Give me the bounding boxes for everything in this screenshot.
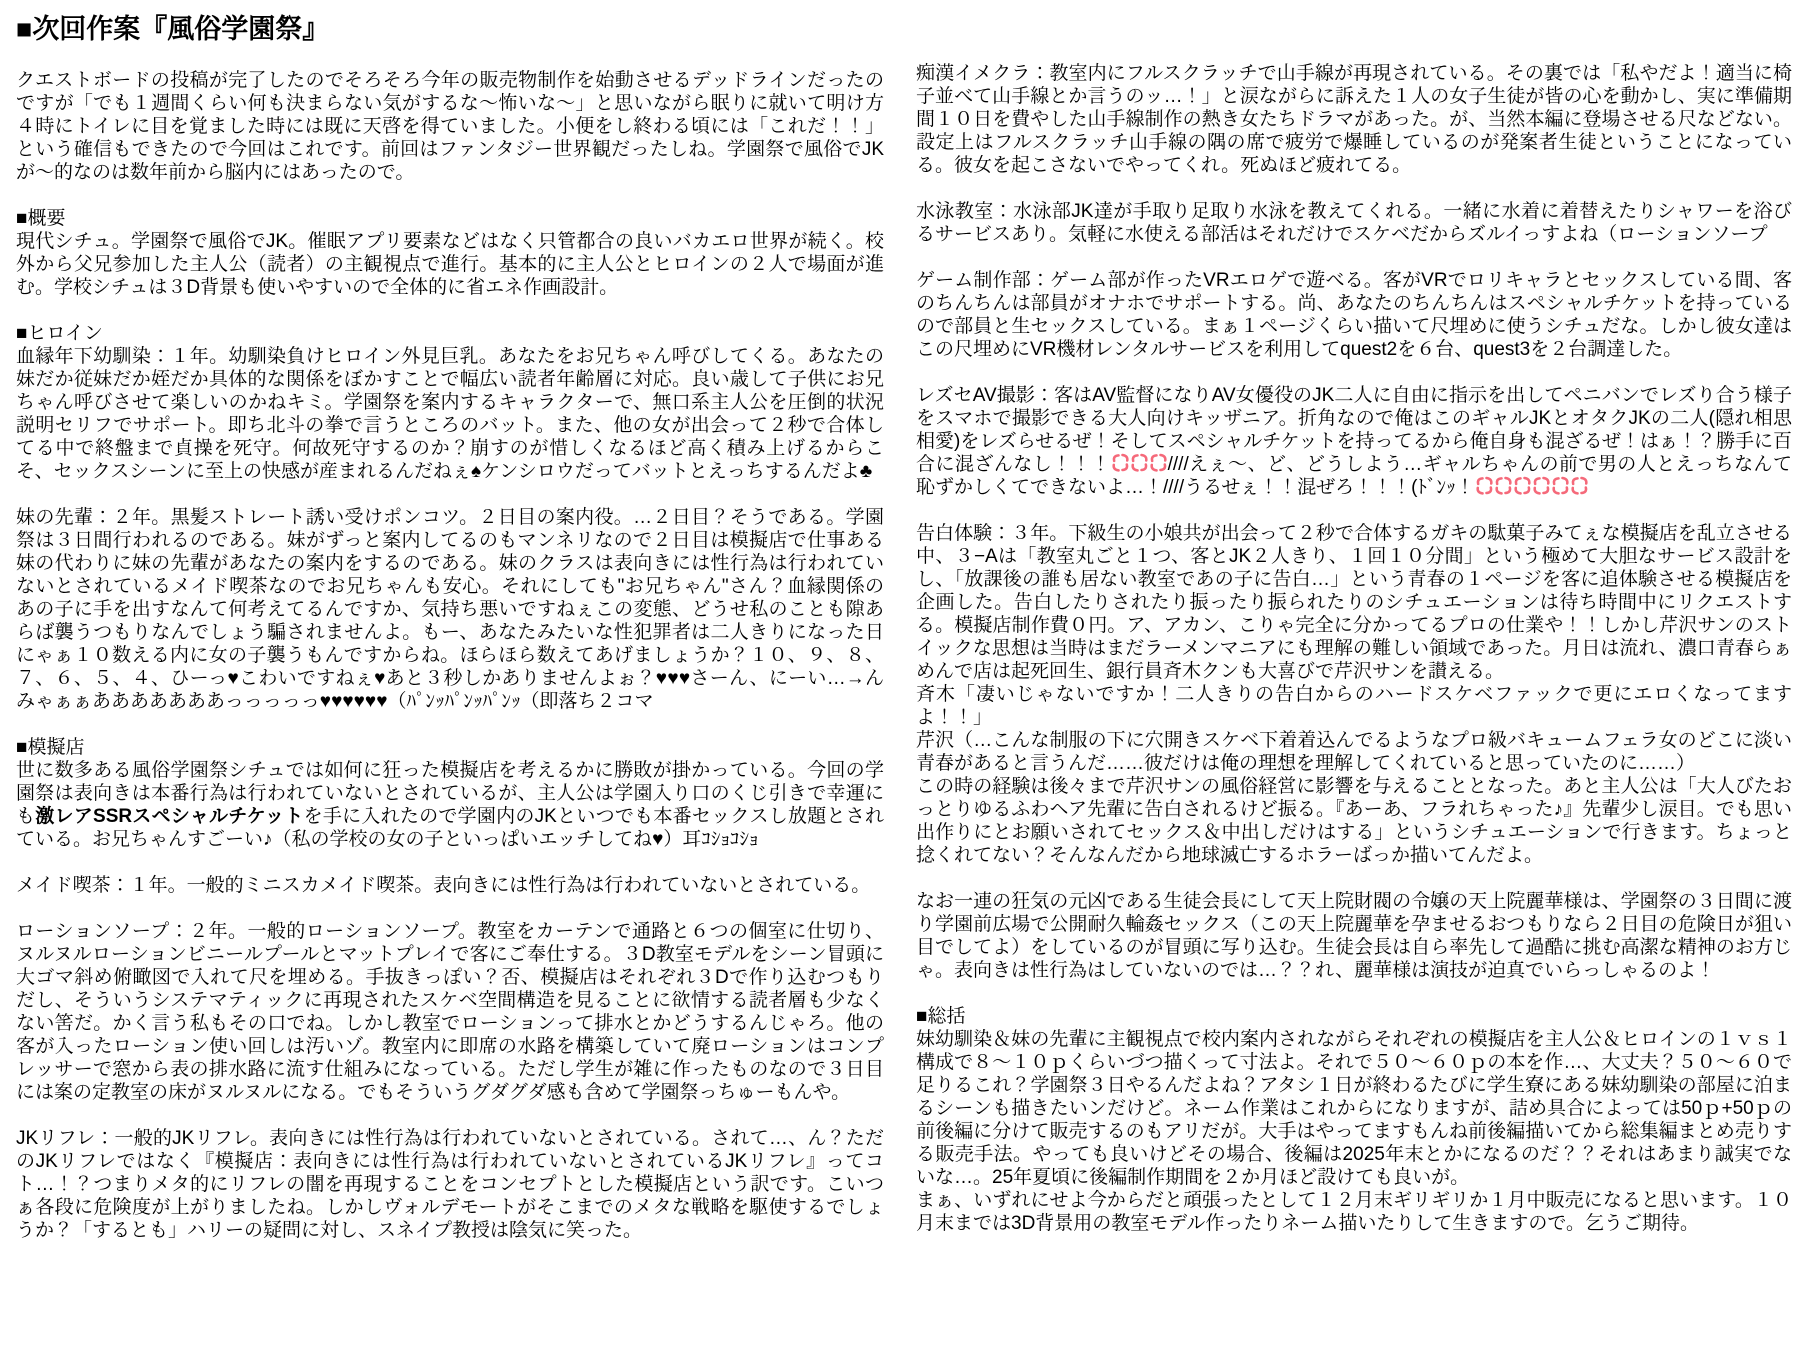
paragraph: ゲーム制作部：ゲーム部が作ったVRエロゲで遊べる。客がVRでロリキャラとセックス… [916,269,1792,361]
text-run: なお一連の狂気の元凶である生徒会長にして天上院財閥の令嬢の天上院麗華様は、学園祭… [916,891,1792,981]
text-run: 血縁年下幼馴染：１年。幼馴染負けヒロイン外見巨乳。あなたをお兄ちゃん呼びしてくる… [16,346,884,482]
text-run: ■総括 [916,1006,965,1027]
anger-mark-icon [1475,476,1494,495]
paragraph: なお一連の狂気の元凶である生徒会長にして天上院財閥の令嬢の天上院麗華様は、学園祭… [916,890,1792,982]
paragraph: 水泳教室：水泳部JK達が手取り足取り水泳を教えてくれる。一緒に水着に着替えたりシ… [916,200,1792,246]
anger-mark-icon [1130,453,1149,472]
text-run: ■ヒロイン [16,323,103,344]
paragraph: 告白体験：３年。下級生の小娘共が出会って２秒で合体するガキの駄菓子みてぇな模擬店… [916,522,1792,867]
text-run: メイド喫茶：１年。一般的ミニスカメイド喫茶。表向きには性行為は行われていないとさ… [16,875,870,896]
section-heading: ■ヒロイン [16,322,884,345]
paragraph: レズセAV撮影：客はAV監督になりAV女優役のJK二人に自由に指示を出してペニバ… [916,384,1792,499]
text-run: 妹幼馴染＆妹の先輩に主観視点で校内案内されながらそれぞれの模擬店を主人公＆ヒロイ… [916,1029,1792,1234]
anger-mark-icon [1532,476,1551,495]
text-run: ■概要 [16,208,65,229]
text-run: ■次回作案『風俗学園祭』 [16,14,329,44]
anger-mark-icon [1149,453,1168,472]
text-run: ■模擬店 [16,737,84,758]
text-run: ローションソープ：２年。一般的ローションソープ。教室をカーテンで通路と６つの個室… [16,921,884,1103]
text-run: JKリフレ：一般的JKリフレ。表向きには性行為は行われていないとされている。され… [16,1128,884,1241]
document: { "page": { "background": "#ffffff", "te… [0,0,1800,1350]
text-run: 妹の先輩：２年。黒髪ストレート誘い受けポンコツ。２日目の案内役。…２日目？そうで… [16,507,884,712]
section-heading: ■模擬店 [16,736,884,759]
text-run: ゲーム制作部：ゲーム部が作ったVRエロゲで遊べる。客がVRでロリキャラとセックス… [916,270,1792,360]
anger-mark-icon [1513,476,1532,495]
section-heading: ■概要 [16,207,884,230]
text-run: クエストボードの投稿が完了したのでそろそろ今年の販売物制作を始動させるデッドライ… [16,70,884,183]
text-run: 水泳教室：水泳部JK達が手取り足取り水泳を教えてくれる。一緒に水着に着替えたりシ… [916,201,1792,245]
column-left: ■次回作案『風俗学園祭』クエストボードの投稿が完了したのでそろそろ今年の販売物制… [16,12,884,1242]
anger-mark-icon [1551,476,1570,495]
paragraph: 妹幼馴染＆妹の先輩に主観視点で校内案内されながらそれぞれの模擬店を主人公＆ヒロイ… [916,1028,1792,1235]
anger-mark-icon [1494,476,1513,495]
anger-mark-icon [1111,453,1130,472]
paragraph: メイド喫茶：１年。一般的ミニスカメイド喫茶。表向きには性行為は行われていないとさ… [16,874,884,897]
text-run: 告白体験：３年。下級生の小娘共が出会って２秒で合体するガキの駄菓子みてぇな模擬店… [916,523,1792,866]
paragraph: ローションソープ：２年。一般的ローションソープ。教室をカーテンで通路と６つの個室… [16,920,884,1104]
emphasis-text: 激レアSSRスペシャルチケット [35,806,303,827]
paragraph: 痴漢イメクラ：教室内にフルスクラッチで山手線が再現されている。その裏では「私やだ… [916,62,1792,177]
paragraph: クエストボードの投稿が完了したのでそろそろ今年の販売物制作を始動させるデッドライ… [16,69,884,184]
paragraph: 妹の先輩：２年。黒髪ストレート誘い受けポンコツ。２日目の案内役。…２日目？そうで… [16,506,884,713]
text-run: 痴漢イメクラ：教室内にフルスクラッチで山手線が再現されている。その裏では「私やだ… [916,63,1792,176]
text-run: 現代シチュ。学園祭で風俗でJK。催眠アプリ要素などはなく只管都合の良いバカエロ世… [16,231,884,298]
paragraph: 現代シチュ。学園祭で風俗でJK。催眠アプリ要素などはなく只管都合の良いバカエロ世… [16,230,884,299]
column-right: 痴漢イメクラ：教室内にフルスクラッチで山手線が再現されている。その裏では「私やだ… [916,62,1792,1235]
paragraph: 世に数多ある風俗学園祭シチュでは如何に狂った模擬店を考えるかに勝敗が掛かっている… [16,759,884,851]
section-heading: ■総括 [916,1005,1792,1028]
anger-mark-icon [1570,476,1589,495]
paragraph: JKリフレ：一般的JKリフレ。表向きには性行為は行われていないとされている。され… [16,1127,884,1242]
page-title: ■次回作案『風俗学園祭』 [16,12,884,46]
paragraph: 血縁年下幼馴染：１年。幼馴染負けヒロイン外見巨乳。あなたをお兄ちゃん呼びしてくる… [16,345,884,483]
